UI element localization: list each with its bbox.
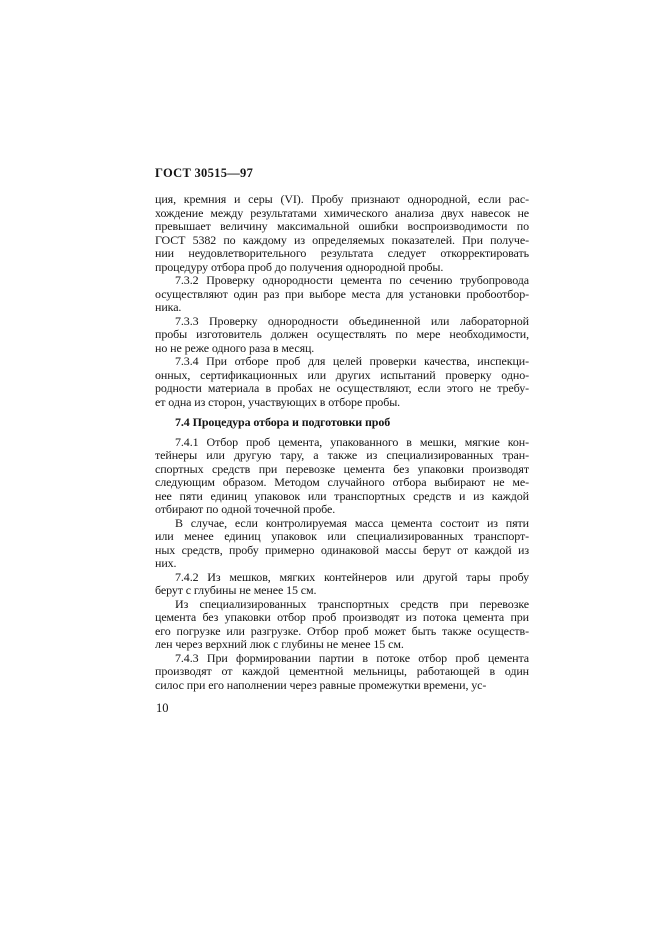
text-line: или менее единиц упаковок или специализи… bbox=[155, 530, 529, 544]
paragraph: 7.3.4 При отборе проб для целей проверки… bbox=[155, 355, 529, 409]
paragraph: Из специализированных транспортных средс… bbox=[155, 598, 529, 652]
paragraph: 7.3.2 Проверку однородности цемента по с… bbox=[155, 274, 529, 315]
document-page: ГОСТ 30515—97 ция, кремния и серы (VI). … bbox=[0, 0, 661, 935]
text-line: берут с глубины не менее 15 см. bbox=[155, 584, 529, 598]
paragraph: В случае, если контролируемая масса цеме… bbox=[155, 517, 529, 571]
text-line: нии неудовлетворительного результата сле… bbox=[155, 247, 529, 261]
text-line: нее пяти единиц упаковок или транспортны… bbox=[155, 490, 529, 504]
text-line: производят от каждой цементной мельницы,… bbox=[155, 665, 529, 679]
text-line: отбирают по одной точечной пробе. bbox=[155, 503, 529, 517]
text-line: ция, кремния и серы (VI). Пробу признают… bbox=[155, 193, 529, 207]
text-line: онных, сертификационных или других испыт… bbox=[155, 369, 529, 383]
text-line: следующим образом. Методом случайного от… bbox=[155, 476, 529, 490]
document-standard-header: ГОСТ 30515—97 bbox=[155, 166, 253, 181]
text-line: 7.3.3 Проверку однородности объединенной… bbox=[155, 315, 529, 329]
text-line: ника. bbox=[155, 301, 529, 315]
text-block: ция, кремния и серы (VI). Пробу признают… bbox=[155, 193, 529, 692]
text-line: них. bbox=[155, 557, 529, 571]
text-line: 7.4.2 Из мешков, мягких контейнеров или … bbox=[155, 571, 529, 585]
text-line: превышает величину максимальной ошибки в… bbox=[155, 220, 529, 234]
text-line: В случае, если контролируемая масса цеме… bbox=[155, 517, 529, 531]
text-line: ет одна из сторон, участвующих в отборе … bbox=[155, 396, 529, 410]
text-line: процедуру отбора проб до получения однор… bbox=[155, 261, 529, 275]
paragraph: 7.4.2 Из мешков, мягких контейнеров или … bbox=[155, 571, 529, 598]
paragraph: 7.3.3 Проверку однородности объединенной… bbox=[155, 315, 529, 356]
text-line: ных средств, пробу примерно одинаковой м… bbox=[155, 544, 529, 558]
text-line: 7.3.4 При отборе проб для целей проверки… bbox=[155, 355, 529, 369]
text-line: цемента без упаковки отбор проб производ… bbox=[155, 611, 529, 625]
paragraph: 7.4.3 При формировании партии в потоке о… bbox=[155, 652, 529, 693]
text-line: его погрузке или разгрузке. Отбор проб м… bbox=[155, 625, 529, 639]
text-line: осуществляют один раз при выборе места д… bbox=[155, 288, 529, 302]
text-line: тейнеры или другую тару, а также из спец… bbox=[155, 449, 529, 463]
page-number: 10 bbox=[156, 701, 169, 716]
text-line: пробы изготовитель должен осуществлять п… bbox=[155, 328, 529, 342]
section-heading: 7.4 Процедура отбора и подготовки проб bbox=[155, 416, 529, 430]
text-line: ГОСТ 5382 по каждому из определяемых пок… bbox=[155, 234, 529, 248]
text-line: родности материала в пробах не осуществл… bbox=[155, 382, 529, 396]
text-line: Из специализированных транспортных средс… bbox=[155, 598, 529, 612]
text-line: хождение между результатами химического … bbox=[155, 207, 529, 221]
paragraph: ция, кремния и серы (VI). Пробу признают… bbox=[155, 193, 529, 274]
paragraph: 7.4.1 Отбор проб цемента, упакованного в… bbox=[155, 436, 529, 517]
text-line: 7.4 Процедура отбора и подготовки проб bbox=[155, 416, 529, 430]
text-line: 7.4.1 Отбор проб цемента, упакованного в… bbox=[155, 436, 529, 450]
text-line: 7.3.2 Проверку однородности цемента по с… bbox=[155, 274, 529, 288]
text-line: силос при его наполнении через равные пр… bbox=[155, 679, 529, 693]
text-line: 7.4.3 При формировании партии в потоке о… bbox=[155, 652, 529, 666]
text-line: но не реже одного раза в месяц. bbox=[155, 342, 529, 356]
text-line: лен через верхний люк с глубины не менее… bbox=[155, 638, 529, 652]
text-line: спортных средств при перевозке цемента б… bbox=[155, 463, 529, 477]
